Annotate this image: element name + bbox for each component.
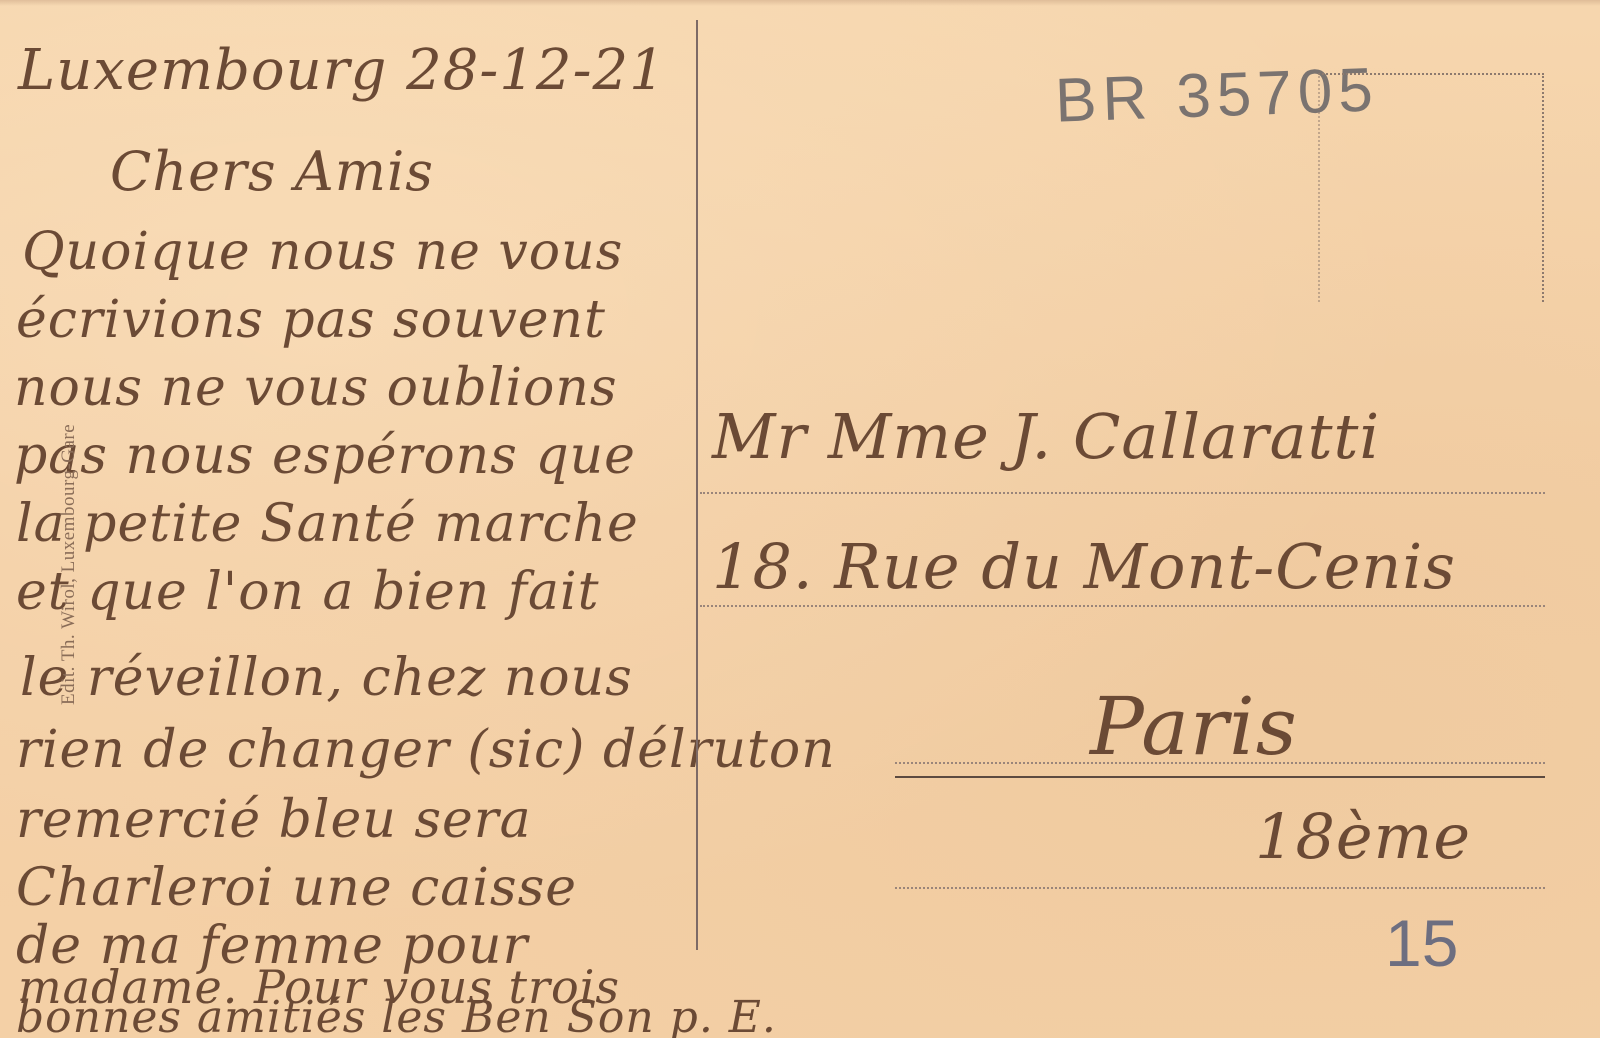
message-line-8: rien de changer (sic) délruton: [16, 720, 836, 780]
recipient-district: 18ème: [1255, 800, 1471, 873]
message-line-9: remercié bleu sera: [16, 790, 532, 850]
message-line-2: écrivions pas souvent: [16, 290, 606, 350]
recipient-name: Mr Mme J. Callaratti: [712, 400, 1380, 473]
recipient-city: Paris: [1090, 680, 1298, 773]
message-line-4: pas nous espérons que: [14, 426, 636, 486]
address-line-2: [700, 605, 1545, 607]
address-line-3-solid: [895, 776, 1545, 778]
postcard-back: Luxembourg 28-12-21 Chers Amis Quoique n…: [0, 0, 1600, 1038]
pencil-note: 15: [1385, 905, 1458, 981]
message-line-6: et que l'on a bien fait: [16, 562, 600, 622]
card-top-edge: [0, 0, 1600, 6]
message-line-10: Charleroi une caisse: [16, 858, 577, 918]
message-line-7: le réveillon, chez nous: [20, 648, 633, 708]
message-line-3: nous ne vous oublions: [14, 358, 618, 418]
message-line-13: bonnes amitiés les Ben Son p. E.: [16, 992, 777, 1038]
message-line-5: la petite Santé marche: [16, 494, 639, 554]
recipient-street: 18. Rue du Mont-Cenis: [712, 530, 1456, 603]
address-line-1: [700, 492, 1545, 494]
place-date: Luxembourg 28-12-21: [18, 38, 666, 103]
stamp-placeholder-box: [1318, 73, 1544, 302]
address-line-4: [895, 887, 1545, 889]
center-divider-line: [696, 20, 698, 950]
message-line-1: Quoique nous ne vous: [22, 222, 623, 282]
greeting: Chers Amis: [110, 140, 434, 203]
publisher-imprint: Edit. Th. Wirol, Luxembourg-Gare: [58, 424, 80, 705]
